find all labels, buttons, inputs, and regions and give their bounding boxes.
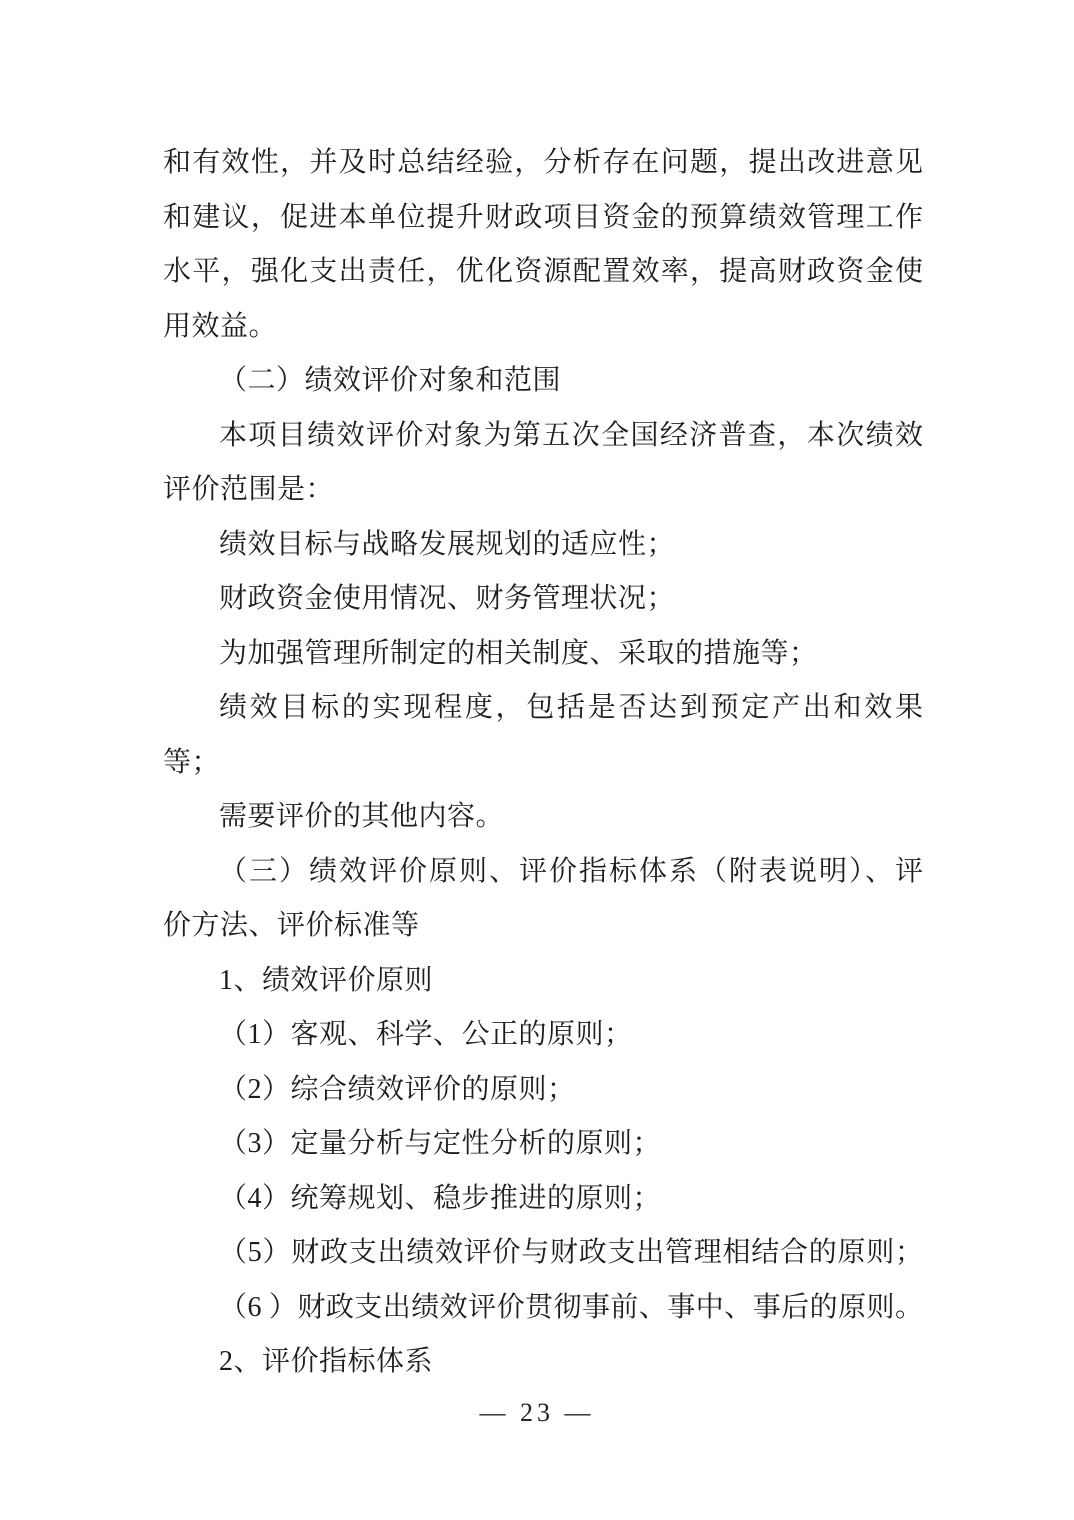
text-line: （5）财政支出绩效评价与财政支出管理相结合的原则；: [163, 1226, 923, 1281]
text-line: 1、绩效评价原则: [163, 954, 923, 1009]
text-line: 需要评价的其他内容。: [163, 790, 923, 845]
document-body: 和有效性，并及时总结经验，分析存在问题，提出改进意见和建议，促进本单位提升财政项…: [163, 136, 923, 1390]
text-line: 本项目绩效评价对象为第五次全国经济普查，本次绩效: [163, 409, 923, 464]
text-line: 为加强管理所制定的相关制度、采取的措施等；: [163, 627, 923, 682]
text-line: （6 ）财政支出绩效评价贯彻事前、事中、事后的原则。: [163, 1281, 923, 1336]
text-line: （3）定量分析与定性分析的原则；: [163, 1117, 923, 1172]
text-line: 财政资金使用情况、财务管理状况；: [163, 572, 923, 627]
document-page: 和有效性，并及时总结经验，分析存在问题，提出改进意见和建议，促进本单位提升财政项…: [0, 0, 1074, 1520]
text-line: 评价范围是：: [163, 463, 923, 518]
text-line: 和建议，促进本单位提升财政项目资金的预算绩效管理工作: [163, 191, 923, 246]
text-line: （1）客观、科学、公正的原则；: [163, 1008, 923, 1063]
text-line: 水平，强化支出责任，优化资源配置效率，提高财政资金使: [163, 245, 923, 300]
text-line: （三）绩效评价原则、评价指标体系（附表说明）、评: [163, 845, 923, 900]
text-line: （2）综合绩效评价的原则；: [163, 1063, 923, 1118]
page-footer: — 23 —: [0, 1398, 1074, 1428]
text-line: 绩效目标与战略发展规划的适应性；: [163, 518, 923, 573]
page-number: — 23 —: [480, 1398, 595, 1427]
text-line: 2、评价指标体系: [163, 1335, 923, 1390]
text-line: 用效益。: [163, 300, 923, 355]
text-line: （4）统筹规划、稳步推进的原则；: [163, 1172, 923, 1227]
text-line: （二）绩效评价对象和范围: [163, 354, 923, 409]
text-line: 价方法、评价标准等: [163, 899, 923, 954]
text-line: 和有效性，并及时总结经验，分析存在问题，提出改进意见: [163, 136, 923, 191]
text-line: 绩效目标的实现程度，包括是否达到预定产出和效果: [163, 681, 923, 736]
text-line: 等；: [163, 736, 923, 791]
